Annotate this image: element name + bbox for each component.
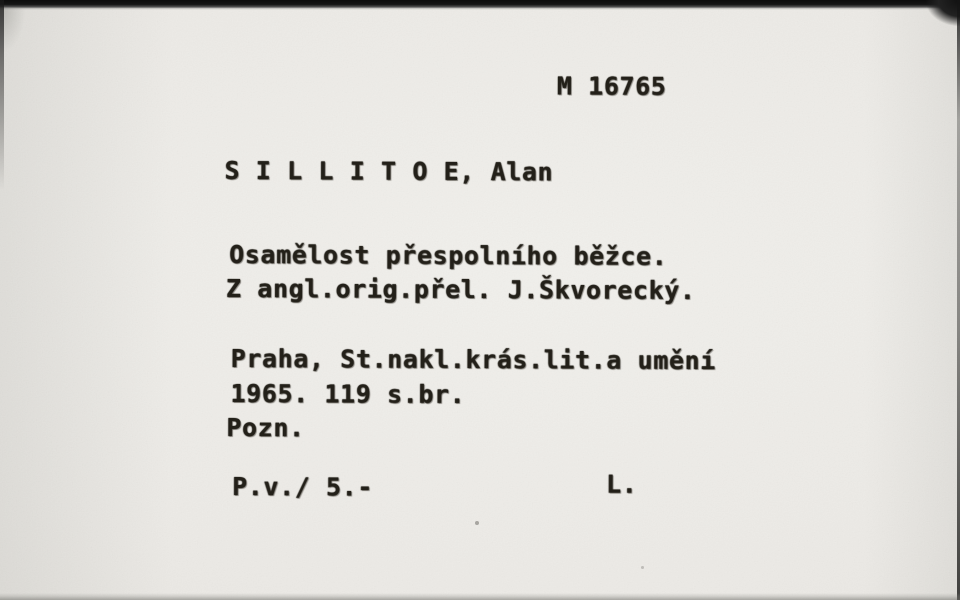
scan-edge-left <box>0 0 4 190</box>
scan-edge-top-right-blob <box>926 0 960 26</box>
typewritten-text-block: M 16765 S I L L I T O E, Alan Osamělost … <box>0 0 960 600</box>
cataloguer-initial: L. <box>606 471 637 499</box>
translation-statement: Z angl.orig.přel. J.Škvorecký. <box>226 275 696 305</box>
ink-speck <box>641 566 644 569</box>
imprint-line: Praha, St.nakl.krás.lit.a umění <box>231 345 716 375</box>
accession-number: M 16765 <box>557 72 667 100</box>
title-line: Osamělost přespolního běžce. <box>229 241 667 271</box>
collation-line: 1965. 119 s.br. <box>231 380 466 409</box>
ink-speck <box>475 521 479 525</box>
scan-edge-bottom <box>0 593 960 600</box>
price-code: P.v./ 5.- <box>232 473 373 502</box>
note-line: Pozn. <box>226 414 304 442</box>
scanned-catalog-card: M 16765 S I L L I T O E, Alan Osamělost … <box>0 0 960 600</box>
scan-edge-top <box>0 0 960 10</box>
author-heading: S I L L I T O E, Alan <box>225 157 554 186</box>
